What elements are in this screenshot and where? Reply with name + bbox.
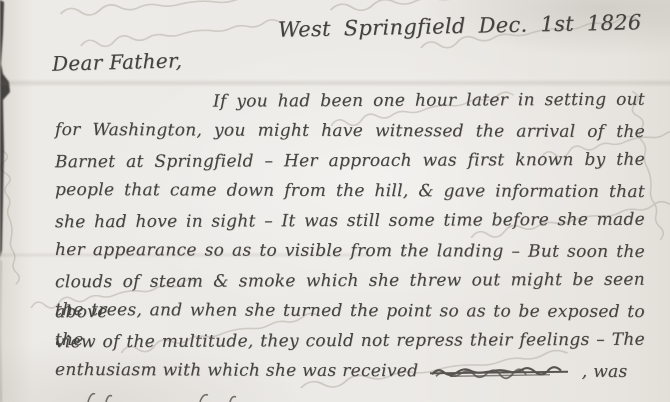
letter-body: If you had been one hour later in settin… bbox=[55, 86, 645, 386]
letter-scan: West Springfield Dec. 1st 1826 Dear Fath… bbox=[0, 0, 670, 402]
letter-line: for Washington, you might have witnessed… bbox=[55, 115, 645, 147]
letter-line: she had hove in sight – It was still som… bbox=[55, 205, 645, 238]
letter-dateline: West Springfield Dec. 1st 1826 bbox=[278, 10, 642, 42]
letter-line: the trees, and when she turned the point… bbox=[55, 295, 645, 327]
letter-line: clouds of steam & smoke which she threw … bbox=[55, 265, 645, 298]
letter-line: view of the multitude, they could not re… bbox=[55, 325, 645, 358]
letter-salutation: Dear Father, bbox=[52, 48, 183, 75]
paper-edge-shadow bbox=[0, 0, 24, 402]
letter-line: Barnet at Springfield – Her approach was… bbox=[55, 145, 645, 178]
letter-line-text: enthusiasm with which she was received bbox=[55, 360, 418, 381]
clipped-next-line-strokes bbox=[80, 390, 300, 402]
letter-line-text: , was bbox=[582, 362, 628, 382]
letter-line: If you had been one hour later in settin… bbox=[55, 85, 645, 118]
strikethrough-scribble bbox=[430, 364, 570, 380]
letter-line: enthusiasm with which she was received ,… bbox=[55, 355, 645, 387]
letter-line: people that came down from the hill, & g… bbox=[55, 175, 645, 207]
letter-line: her appearance so as to visible from the… bbox=[55, 235, 645, 267]
